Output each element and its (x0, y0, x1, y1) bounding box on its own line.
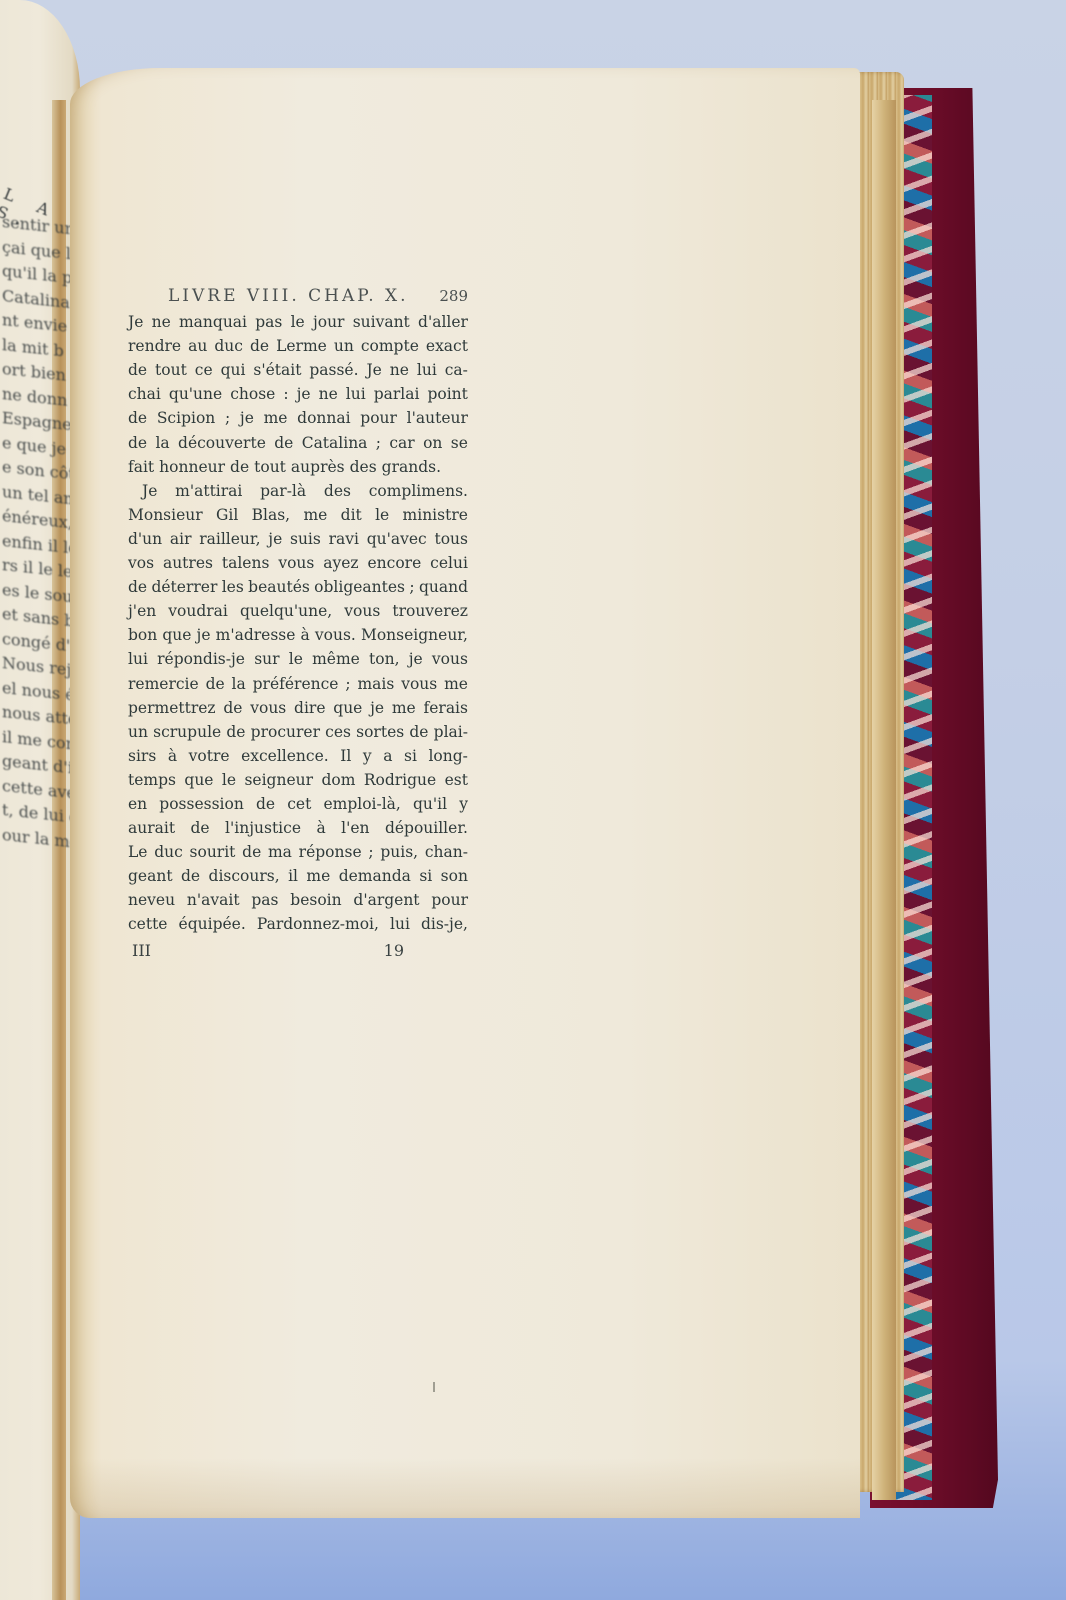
word: l'en (341, 816, 369, 840)
word: je (268, 527, 282, 551)
word: lui (346, 382, 366, 406)
word: ministre (403, 503, 468, 527)
word: complimens. (369, 479, 468, 503)
word: compte (361, 334, 419, 358)
word: vous (278, 551, 314, 575)
word: Le (128, 840, 147, 864)
word: je (409, 647, 423, 671)
word: cette (128, 912, 167, 936)
text-line: deScipion;jemedonnaipourl'auteur (128, 406, 468, 430)
word: talens (222, 551, 270, 575)
word: passé. (309, 358, 358, 382)
word: Monsieur (128, 503, 203, 527)
word: de (128, 358, 147, 382)
word: ne (152, 310, 171, 334)
word: lui (417, 358, 437, 382)
word: y (363, 744, 372, 768)
word: fait (128, 455, 154, 479)
word: sourit (190, 840, 236, 864)
word: exact (426, 334, 468, 358)
word: dit (341, 503, 362, 527)
text-line: luirépondis-jesurlemêmeton,jevous (128, 647, 468, 671)
word: donnai (297, 406, 350, 430)
word: s'était (253, 358, 301, 382)
word: excellence. (241, 744, 329, 768)
text-line: geantdediscours,ilmedemandasison (128, 864, 468, 888)
word: sirs (128, 744, 156, 768)
word: Je (366, 358, 381, 382)
word: de (226, 720, 245, 744)
word: bon (128, 623, 157, 647)
word: je (240, 406, 254, 430)
word: à (316, 816, 325, 840)
word: de (128, 575, 147, 599)
word: ton, (369, 647, 399, 671)
word: de (128, 431, 147, 455)
word: point (427, 382, 467, 406)
word: d'un (128, 527, 162, 551)
word: en (128, 792, 147, 816)
word: de (230, 455, 249, 479)
word: le (375, 503, 389, 527)
word: emploi-là, (323, 792, 400, 816)
word: de (206, 672, 225, 696)
word: de (409, 720, 428, 744)
word: j'en (128, 599, 156, 623)
word: d'argent (353, 888, 419, 912)
text-line: remerciedelapréférence;maisvousme (128, 672, 468, 696)
word: tout (254, 455, 286, 479)
word: dire (294, 696, 325, 720)
paper-speck (433, 1382, 435, 1392)
word: vous (432, 647, 468, 671)
word: si (419, 864, 432, 888)
word: que (162, 623, 191, 647)
word: car (389, 431, 414, 455)
word: Gil (216, 503, 238, 527)
text-line: rendreauducdeLermeuncompteexact (128, 334, 468, 358)
word: neveu (128, 888, 175, 912)
word: vous (401, 672, 437, 696)
body-text: Jenemanquaipaslejoursuivantd'allerrendre… (128, 310, 468, 936)
text-line: d'unairrailleur,jesuisraviqu'avectous (128, 527, 468, 551)
text-line: Leducsouritdemaréponse;puis,chan- (128, 840, 468, 864)
word: de (274, 431, 293, 455)
word: aurait (128, 816, 175, 840)
word: possession (159, 792, 244, 816)
word: qu'une (169, 382, 222, 406)
word: le (222, 768, 236, 792)
page-fore-edge-inner (872, 100, 896, 1500)
word: les (222, 575, 244, 599)
word: jour (313, 310, 345, 334)
word: d'aller (418, 310, 468, 334)
word: même (312, 647, 360, 671)
word: Lerme (276, 334, 327, 358)
word: autres (163, 551, 213, 575)
word: pas (251, 888, 278, 912)
chapter-heading: LIVRE VIII. CHAP. X. (168, 284, 409, 308)
word: lui (128, 647, 148, 671)
word: de (256, 792, 275, 816)
word: équipée. (179, 912, 246, 936)
word: à (301, 623, 310, 647)
word: je (197, 623, 211, 647)
word: de (128, 406, 147, 430)
word: qu'avec (367, 527, 427, 551)
word: obligeantes (314, 575, 405, 599)
word: ferais (424, 696, 468, 720)
word: des (350, 455, 377, 479)
word: l'injustice (225, 816, 301, 840)
word: Je (142, 479, 157, 503)
volume-number: III (132, 939, 151, 963)
text-line: chaiqu'unechose:jeneluiparlaipoint (128, 382, 468, 406)
word: l'auteur (407, 406, 468, 430)
word: suis (290, 527, 321, 551)
word: que (333, 696, 362, 720)
running-head: LIVRE VIII. CHAP. X. 289 (168, 284, 468, 308)
word: air (170, 527, 192, 551)
text-line: faithonneurdetoutauprèsdesgrands. (128, 455, 468, 479)
text-line: tempsqueleseigneurdomRodrigueest (128, 768, 468, 792)
word: n'avait (187, 888, 240, 912)
word: tous (434, 527, 468, 551)
word: beautés (248, 575, 310, 599)
word: voudrai (168, 599, 228, 623)
page-number: 289 (439, 284, 468, 308)
word: puis, (380, 840, 418, 864)
word: y (459, 792, 468, 816)
word: vous (250, 696, 286, 720)
text-line: Jenemanquaipaslejoursuivantd'aller (128, 310, 468, 334)
word: Rodrigue (364, 768, 436, 792)
word: la (155, 431, 169, 455)
word: ne (390, 358, 409, 382)
word: suivant (353, 310, 410, 334)
word: auprès (291, 455, 345, 479)
word: déterrer (151, 575, 217, 599)
text-line: neveun'avaitpasbesoind'argentpour (128, 888, 468, 912)
word: des (324, 479, 351, 503)
word: à (168, 744, 177, 768)
word: trouverez (392, 599, 468, 623)
word: que (184, 768, 213, 792)
text-line: dedéterrerlesbeautésobligeantes;quand (128, 575, 468, 599)
word: un (334, 334, 354, 358)
word: qui (221, 358, 246, 382)
word: répondis-je (157, 647, 245, 671)
word: vous. (315, 623, 356, 647)
word: de (250, 334, 269, 358)
text-line: permettrezdevousdirequejemeferais (128, 696, 468, 720)
word: il (288, 864, 298, 888)
word: cet (287, 792, 311, 816)
word: Il (340, 744, 351, 768)
word: tout (155, 358, 187, 382)
word: de (181, 864, 200, 888)
word: railleur, (199, 527, 260, 551)
word: je (370, 696, 384, 720)
word: au (188, 334, 207, 358)
word: procurer (251, 720, 320, 744)
word: le (289, 647, 303, 671)
word: encore (368, 551, 422, 575)
text-line: j'envoudraiquelqu'une,voustrouverez (128, 599, 468, 623)
word: Monseigneur, (361, 623, 468, 647)
gathering-number: 19 (384, 939, 404, 963)
word: Pardonnez-moi, (257, 912, 379, 936)
word: m'adresse (216, 623, 296, 647)
book-photo: L A S. sentir unçai que l'qu'il la pCata… (0, 0, 1066, 1600)
left-page-text: sentir unçai que l'qu'il la pCatalinant … (2, 210, 80, 856)
word: de (191, 816, 210, 840)
word: ; (368, 840, 373, 864)
word: me (264, 406, 288, 430)
word: ; (345, 672, 350, 696)
word: quelqu'une, (240, 599, 332, 623)
text-line: bonquejem'adresseàvous.Monseigneur, (128, 623, 468, 647)
text-line: deladécouvertedeCatalina;caronse (128, 431, 468, 455)
word: est (445, 768, 468, 792)
word: honneur (159, 455, 225, 479)
word: ma (268, 840, 292, 864)
text-line: cetteéquipée.Pardonnez-moi,luidis-je, (128, 912, 468, 936)
word: je (297, 382, 311, 406)
text-line: sirsàvotreexcellence.Ilyasilong- (128, 744, 468, 768)
word: ca- (445, 358, 468, 382)
word: me (306, 864, 330, 888)
word: rendre (128, 334, 181, 358)
word: découverte (178, 431, 266, 455)
word: chan- (425, 840, 468, 864)
word: sortes (356, 720, 404, 744)
text-line: MonsieurGilBlas,meditleministre (128, 503, 468, 527)
word: un (128, 720, 148, 744)
word: grands. (382, 455, 441, 479)
word: ce (195, 358, 213, 382)
word: besoin (290, 888, 341, 912)
word: on (423, 431, 442, 455)
word: scrupule (153, 720, 221, 744)
word: permettrez (128, 696, 216, 720)
word: chose (230, 382, 275, 406)
word: ; (225, 406, 230, 430)
word: ravi (329, 527, 359, 551)
word: Scipion (157, 406, 215, 430)
right-page-text-block: LIVRE VIII. CHAP. X. 289 Jenemanquaipasl… (128, 284, 468, 963)
word: lui (390, 912, 410, 936)
word: chai (128, 382, 161, 406)
text-line: vosautrestalensvousayezencorecelui (128, 551, 468, 575)
word: de (242, 840, 261, 864)
text-line: unscrupuledeprocurercessortesdeplai- (128, 720, 468, 744)
word: préférence (253, 672, 339, 696)
word: demanda (339, 864, 411, 888)
word: le (291, 310, 305, 334)
word: ; (409, 575, 414, 599)
word: quand (419, 575, 468, 599)
word: si (404, 744, 417, 768)
word: temps (128, 768, 176, 792)
word: sur (254, 647, 279, 671)
word: dom (321, 768, 355, 792)
word: long- (428, 744, 467, 768)
word: la (232, 672, 246, 696)
word: : (283, 382, 288, 406)
word: par-là (260, 479, 306, 503)
word: votre (189, 744, 230, 768)
word: se (451, 431, 468, 455)
word: celui (430, 551, 468, 575)
text-line: auraitdel'injusticeàl'endépouiller. (128, 816, 468, 840)
word: manquai (179, 310, 247, 334)
text-line: detoutcequis'étaitpassé.Jeneluica- (128, 358, 468, 382)
word: Je (128, 310, 143, 334)
word: m'attirai (175, 479, 242, 503)
word: me (303, 503, 327, 527)
word: discours, (209, 864, 280, 888)
word: dis-je, (421, 912, 468, 936)
word: ; (376, 431, 381, 455)
left-page: L A S. sentir unçai que l'qu'il la pCata… (0, 0, 80, 1600)
text-line: Jem'attiraipar-làdescomplimens. (128, 479, 468, 503)
word: son (441, 864, 468, 888)
word: pour (431, 888, 468, 912)
word: Blas, (252, 503, 290, 527)
word: pour (360, 406, 397, 430)
word: ces (325, 720, 351, 744)
word: remercie (128, 672, 199, 696)
text-line: enpossessiondecetemploi-là,qu'ily (128, 792, 468, 816)
word: me (444, 672, 468, 696)
word: ayez (323, 551, 358, 575)
word: pas (255, 310, 282, 334)
word: plai- (434, 720, 468, 744)
word: Catalina (302, 431, 368, 455)
word: dépouiller. (385, 816, 468, 840)
word: a (383, 744, 392, 768)
word: réponse (299, 840, 362, 864)
word: geant (128, 864, 173, 888)
word: me (392, 696, 416, 720)
word: parlai (374, 382, 420, 406)
word: vos (128, 551, 154, 575)
word: duc (214, 334, 243, 358)
word: de (223, 696, 242, 720)
word: seigneur (244, 768, 313, 792)
word: ne (319, 382, 338, 406)
word: vous (344, 599, 380, 623)
word: qu'il (413, 792, 447, 816)
word: mais (357, 672, 394, 696)
signature-mark: III 19 (132, 939, 432, 963)
word: duc (154, 840, 183, 864)
